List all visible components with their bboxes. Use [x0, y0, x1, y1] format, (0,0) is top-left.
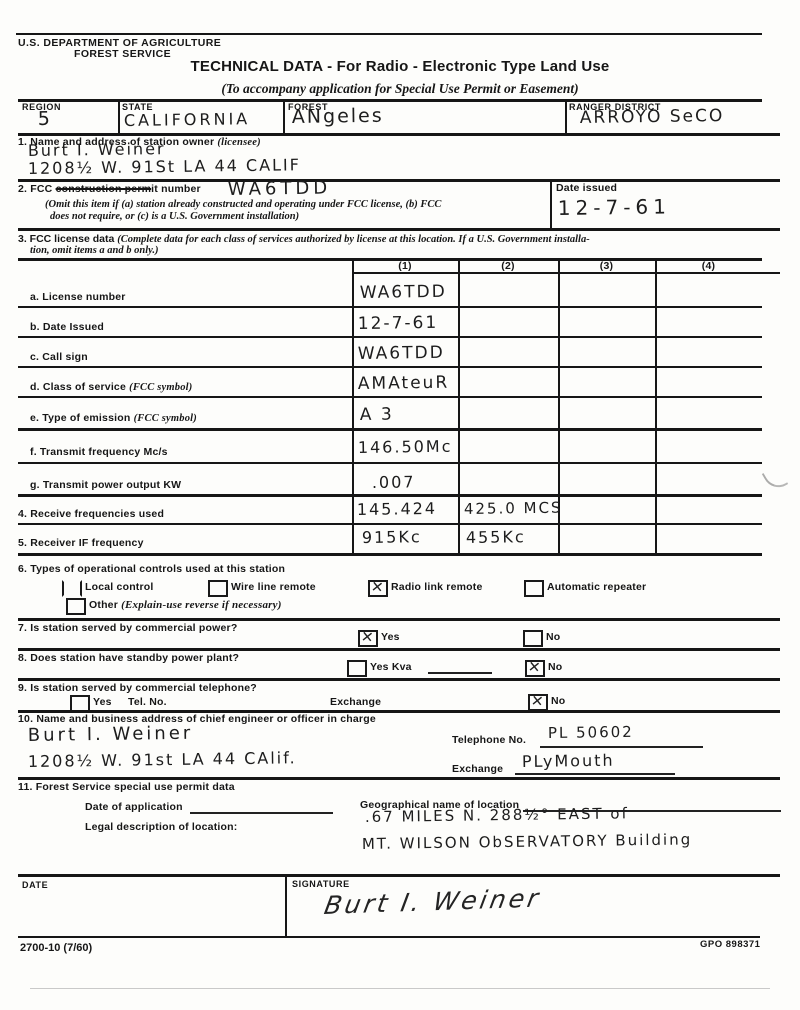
other-checkbox: ✕ [66, 598, 86, 615]
date-of-application-blank [190, 812, 333, 814]
checkmark-icon: ✕ [527, 657, 541, 676]
signature-box-label: SIGNATURE [292, 879, 350, 889]
section6-heading: 6. Types of operational controls used at… [18, 563, 285, 575]
rule [352, 258, 354, 553]
transmit-frequency-value: 146.50Mc [358, 437, 453, 457]
radio-link-remote-checkbox: ✕ [368, 580, 388, 597]
transmit-power-value: .007 [372, 472, 416, 492]
scanned-form-page: U.S. DEPARTMENT OF AGRICULTURE FOREST SE… [0, 0, 800, 1010]
rule [18, 396, 762, 398]
owner-address-value: 1208½ W. 91St LA 44 CALIF [28, 155, 301, 178]
rule [285, 874, 287, 936]
section8-question: 8. Does station have standby power plant… [18, 652, 239, 664]
rule [18, 366, 762, 368]
rule [18, 228, 780, 231]
col-header-2: (2) [458, 260, 558, 272]
local-control-checkbox: ✕ [62, 580, 82, 597]
receiver-if-1-value: 915Kc [362, 527, 422, 547]
section7-question: 7. Is station served by commercial power… [18, 622, 237, 634]
section2-struck-text: construction perm [56, 183, 152, 195]
date-of-application-label: Date of application [85, 801, 183, 813]
telephone-no-checkbox: ✕ [528, 694, 548, 711]
rule [16, 33, 762, 35]
date-box-label: DATE [22, 880, 48, 890]
section2-prefix: 2. FCC [18, 183, 56, 195]
fcc-permit-number-value: WA6TDD [228, 178, 332, 200]
standby-yes-label: Yes Kva [370, 661, 412, 673]
telephone-no-label: No [551, 695, 565, 707]
power-no-checkbox: ✕ [523, 630, 543, 647]
rule [18, 494, 762, 497]
date-issued-label: Date issued [556, 182, 617, 194]
date-issued-value: 12-7-61 [558, 194, 671, 220]
power-no-label: No [546, 631, 560, 643]
local-control-label: Local control [85, 581, 154, 593]
region-value: 5 [38, 108, 52, 130]
geo-location-line1: .67 MILES N. 288½° EAST of [365, 804, 629, 826]
row-label-date-issued: b. Date Issued [30, 321, 104, 333]
scan-artifact-line [30, 988, 770, 989]
rule [18, 777, 780, 780]
rule [655, 258, 657, 553]
rule [118, 99, 120, 133]
power-yes-label: Yes [381, 631, 400, 643]
standby-no-label: No [548, 661, 562, 673]
rule [458, 258, 460, 553]
row-label-receiver-if: 5. Receiver IF frequency [18, 537, 144, 549]
section10-heading: 10. Name and business address of chief e… [18, 713, 376, 725]
section2-note-line2: does not require, or (c) is a U.S. Gover… [50, 211, 299, 222]
col-header-3: (3) [558, 260, 655, 272]
ranger-district-value: ARROYO SeCO [580, 106, 725, 128]
telephone-blank-line [540, 746, 703, 748]
rule [18, 618, 780, 621]
section1-label-italic: (licensee) [217, 137, 260, 148]
signature-value: Burt I. Weiner [322, 884, 543, 920]
col-header-1: (1) [352, 260, 458, 272]
row-label-type-of-emission: e. Type of emission (FCC symbol) [30, 412, 197, 424]
section2-suffix: it number [151, 183, 201, 195]
receiver-if-2-value: 455Kc [466, 527, 526, 547]
engineer-name-value: Burt I. Weiner [28, 723, 194, 746]
stray-pencil-mark [762, 465, 789, 493]
rule [18, 428, 762, 431]
rule [18, 648, 780, 651]
telephone-yes-label: Yes [93, 696, 112, 708]
power-yes-checkbox: ✕ [358, 630, 378, 647]
other-note: (Explain-use reverse if necessary) [121, 599, 281, 611]
form-number: 2700-10 (7/60) [20, 942, 92, 954]
exchange-blank-line [515, 773, 675, 775]
section3-italic1: (Complete data for each class of service… [117, 234, 590, 245]
section2-note-line1: (Omit this item if (a) station already c… [45, 199, 441, 210]
automatic-repeater-checkbox: ✕ [524, 580, 544, 597]
rule [18, 462, 762, 464]
rule [283, 99, 285, 133]
class-of-service-value: AMAteuR [358, 373, 450, 394]
checkmark-icon: ✕ [360, 627, 374, 646]
row-label-call-sign: c. Call sign [30, 351, 88, 363]
row-label-transmit-power: g. Transmit power output KW [30, 479, 181, 491]
rule [18, 336, 762, 338]
row-label-transmit-frequency: f. Transmit frequency Mc/s [30, 446, 168, 458]
gpo-number: GPO 898371 [700, 939, 760, 950]
rule [18, 936, 760, 938]
legal-description-label: Legal description of location: [85, 821, 237, 833]
forest-value: ANgeles [292, 105, 384, 128]
rule [352, 272, 780, 274]
telephone-no-value: PL 50602 [548, 723, 634, 742]
radio-link-remote-label: Radio link remote [391, 581, 483, 593]
form-title: TECHNICAL DATA - For Radio - Electronic … [0, 58, 800, 75]
standby-yes-checkbox: ✕ [347, 660, 367, 677]
row-label-receive-frequencies: 4. Receive frequencies used [18, 508, 164, 520]
other-label: Other (Explain-use reverse if necessary) [89, 599, 282, 611]
rule [565, 99, 567, 133]
receive-frequency-2-value: 425.0 MCS [464, 499, 563, 518]
kva-blank-line [428, 672, 492, 674]
rule [18, 523, 762, 525]
standby-no-checkbox: ✕ [525, 660, 545, 677]
rule [18, 553, 762, 556]
rule [18, 306, 762, 308]
geo-location-line2: MT. WILSON ObSERVATORY Building [362, 830, 693, 853]
rule [18, 179, 780, 182]
section3-italic2: tion, omit items a and b only.) [30, 245, 159, 256]
row-label-class-of-service: d. Class of service (FCC symbol) [30, 381, 193, 393]
license-number-value: WA6TDD [360, 282, 447, 303]
form-subtitle: (To accompany application for Special Us… [0, 81, 800, 97]
call-sign-value: WA6TDD [358, 343, 445, 364]
wire-line-remote-label: Wire line remote [231, 581, 316, 593]
rule [550, 179, 552, 228]
row-label-license-number: a. License number [30, 291, 126, 303]
exchange-label: Exchange [330, 696, 381, 708]
section2-label: 2. FCC construction permit number [18, 183, 201, 195]
exchange-field-label: Exchange [452, 763, 503, 775]
section3-prefix: 3. FCC license data [18, 233, 117, 245]
date-issued-row-value: 12-7-61 [358, 313, 439, 334]
engineer-address-value: 1208½ W. 91st LA 44 CAlif. [28, 748, 297, 771]
wire-line-remote-checkbox: ✕ [208, 580, 228, 597]
checkmark-icon: ✕ [530, 691, 544, 710]
checkmark-icon: ✕ [370, 577, 384, 596]
rule [18, 874, 780, 877]
col-header-4: (4) [655, 260, 762, 272]
tel-no-label: Tel. No. [128, 696, 167, 708]
section11-heading: 11. Forest Service special use permit da… [18, 781, 235, 793]
receive-frequency-1-value: 145.424 [357, 499, 437, 519]
exchange-value: PLyMouth [522, 751, 615, 771]
type-of-emission-value: A 3 [360, 405, 394, 425]
state-value: CALIFORNIA [124, 109, 251, 130]
section9-question: 9. Is station served by commercial telep… [18, 682, 257, 694]
section3-intro-line1: 3. FCC license data (Complete data for e… [18, 233, 590, 245]
automatic-repeater-label: Automatic repeater [547, 581, 646, 593]
telephone-no-field-label: Telephone No. [452, 734, 526, 746]
rule [18, 678, 780, 681]
